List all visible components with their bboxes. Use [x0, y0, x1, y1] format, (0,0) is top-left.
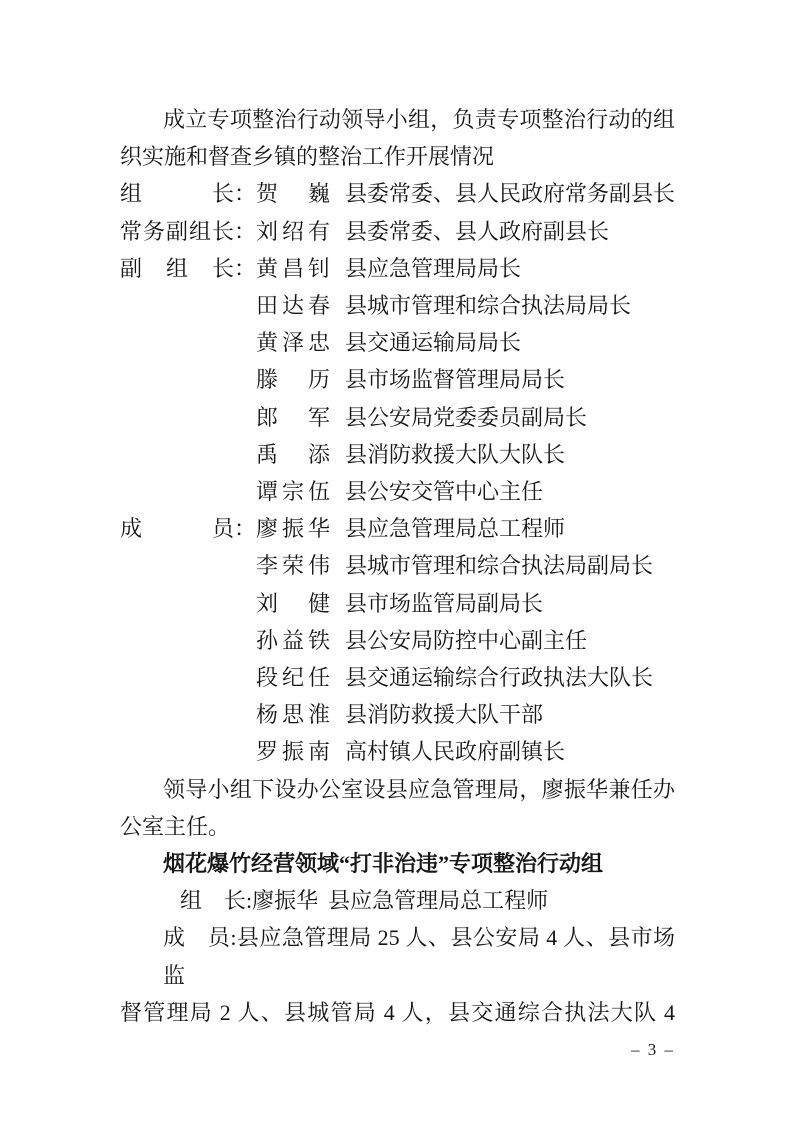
role-colon: ：: [234, 213, 256, 250]
member-title: 县市场监管局副局长: [345, 591, 543, 616]
roster-row: 罗振南高村镇人民政府副镇长: [120, 733, 675, 770]
leader-name: 廖振华: [252, 888, 318, 913]
member-title: 县消防救援大队干部: [345, 702, 543, 727]
member-title: 高村镇人民政府副镇长: [345, 739, 565, 764]
leader-label: 组 长:: [180, 888, 252, 913]
leader-title: 县应急管理局总工程师: [328, 888, 548, 913]
roster-row: 杨思淮县消防救援大队干部: [120, 696, 675, 733]
roster-row: 刘健县市场监管局副局长: [120, 585, 675, 622]
roster-row: 副组长：黄昌钊县应急管理局局长: [120, 250, 675, 287]
member-title: 县应急管理局总工程师: [345, 516, 565, 541]
role-colon: ：: [234, 175, 256, 212]
action-group-members-line: 督管理局 2 人、县城管局 4 人，县交通综合执法大队 4: [120, 994, 675, 1031]
member-name: 孙益铁: [256, 622, 330, 659]
member-title: 县城市管理和综合执法局局长: [345, 293, 631, 318]
member-name: 贺巍: [256, 175, 330, 212]
member-name: 罗振南: [256, 733, 330, 770]
member-name: 李荣伟: [256, 547, 330, 584]
intro-line: 织实施和督查乡镇的整治工作开展情况: [120, 138, 675, 175]
roster-row: 成员：廖振华县应急管理局总工程师: [120, 510, 675, 547]
document-body: 成立专项整治行动领导小组，负责专项整治行动的组 织实施和督查乡镇的整治工作开展情…: [120, 101, 675, 1031]
roster-row: 滕历县市场监督管理局局长: [120, 361, 675, 398]
member-name: 段纪任: [256, 659, 330, 696]
role-label: 组长: [120, 175, 234, 212]
member-title: 县交通运输综合行政执法大队长: [345, 665, 653, 690]
roster-row: 田达春县城市管理和综合执法局局长: [120, 287, 675, 324]
roster-row: 禹添县消防救援大队大队长: [120, 436, 675, 473]
member-title: 县公安局党委委员副局长: [345, 405, 587, 430]
role-label: 成员: [120, 510, 234, 547]
closing-line: 领导小组下设办公室设县应急管理局，廖振华兼任办: [120, 771, 675, 808]
roster-row: 常务副组长：刘绍有县委常委、县人政府副县长: [120, 213, 675, 250]
action-group-members-line: 成 员:县应急管理局 25 人、县公安局 4 人、县市场监: [120, 919, 675, 993]
member-name: 刘绍有: [256, 213, 330, 250]
member-name: 黄泽忠: [256, 324, 330, 361]
member-title: 县城市管理和综合执法局副局长: [345, 553, 653, 578]
member-name: 禹添: [256, 436, 330, 473]
member-title: 县应急管理局局长: [345, 256, 521, 281]
roster-row: 郎军县公安局党委委员副局长: [120, 399, 675, 436]
section-heading: 烟花爆竹经营领域“打非治违”专项整治行动组: [120, 845, 675, 882]
member-title: 县消防救援大队大队长: [345, 442, 565, 467]
roster-row: 孙益铁县公安局防控中心副主任: [120, 622, 675, 659]
member-title: 县公安局防控中心副主任: [345, 628, 587, 653]
member-name: 黄昌钊: [256, 250, 330, 287]
member-name: 刘健: [256, 585, 330, 622]
document-page: 成立专项整治行动领导小组，负责专项整治行动的组 织实施和督查乡镇的整治工作开展情…: [0, 0, 793, 1122]
member-name: 田达春: [256, 287, 330, 324]
member-name: 廖振华: [256, 510, 330, 547]
role-label: 常务副组长: [120, 213, 234, 250]
member-title: 县委常委、县人民政府常务副县长: [345, 181, 675, 206]
member-name: 滕历: [256, 361, 330, 398]
page-number: – 3 –: [631, 1040, 675, 1060]
action-group-leader-row: 组 长:廖振华县应急管理局总工程师: [120, 882, 675, 919]
member-name: 杨思淮: [256, 696, 330, 733]
role-colon: ：: [234, 510, 256, 547]
closing-line: 公室主任。: [120, 808, 675, 845]
member-name: 郎军: [256, 399, 330, 436]
roster-row: 黄泽忠县交通运输局局长: [120, 324, 675, 361]
member-title: 县交通运输局局长: [345, 330, 521, 355]
role-colon: ：: [234, 250, 256, 287]
role-label: 副组长: [120, 250, 234, 287]
roster-row: 段纪任县交通运输综合行政执法大队长: [120, 659, 675, 696]
member-title: 县委常委、县人政府副县长: [345, 219, 609, 244]
member-title: 县市场监督管理局局长: [345, 367, 565, 392]
member-name: 谭宗伍: [256, 473, 330, 510]
intro-line: 成立专项整治行动领导小组，负责专项整治行动的组: [120, 101, 675, 138]
roster-row: 李荣伟县城市管理和综合执法局副局长: [120, 547, 675, 584]
roster-row: 组长：贺巍县委常委、县人民政府常务副县长: [120, 175, 675, 212]
member-title: 县公安交管中心主任: [345, 479, 543, 504]
roster-row: 谭宗伍县公安交管中心主任: [120, 473, 675, 510]
